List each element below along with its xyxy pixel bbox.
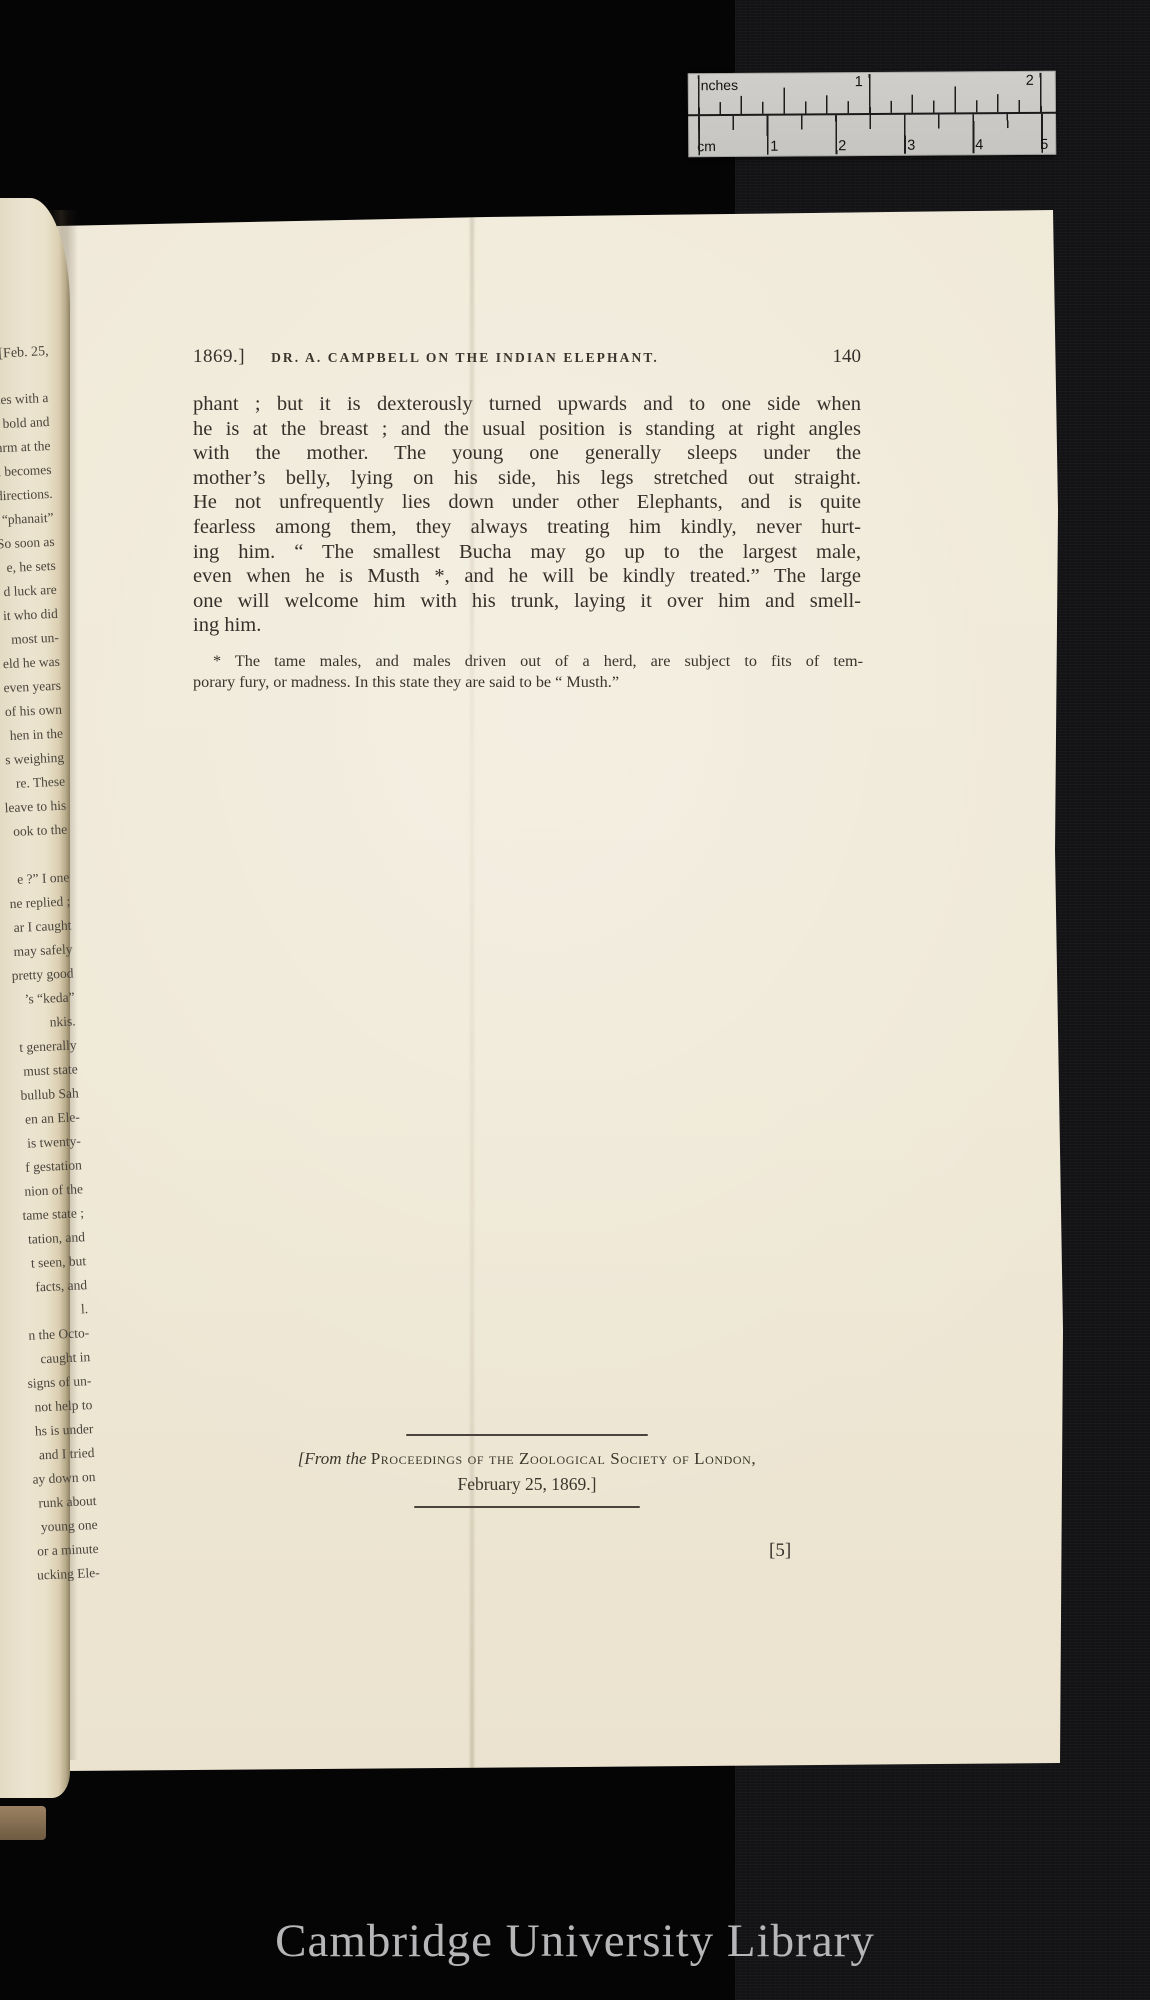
facing-page-fragment: most un-: [11, 630, 60, 656]
facing-page-fragment: nion of the: [35, 1181, 84, 1207]
facing-page-fragment: So soon as: [6, 534, 55, 560]
facing-page-fragment: directions.: [4, 486, 53, 512]
book-scan: [Feb. 25, les with abold andarm at thel …: [0, 0, 1150, 2000]
facing-page-fragment: must state: [29, 1061, 78, 1087]
plate-number: [5]: [769, 1540, 791, 1562]
ruler-inch-number: 1: [855, 74, 863, 90]
facing-page-fragment: ne replied ;: [22, 894, 71, 920]
facing-page-fragment: it who did: [9, 606, 58, 632]
facing-page-fragment: e ?” I one: [21, 870, 70, 896]
facing-page-fragment: re. These: [17, 774, 66, 800]
facing-page-fragment: ucking Ele-: [51, 1565, 100, 1591]
body-text-line: ing him. “ The smallest Bucha may go up …: [193, 540, 861, 565]
ruler-cm-number: 4: [975, 137, 983, 153]
footnote-line: * The tame males, and males driven out o…: [193, 651, 863, 672]
facing-page-fragment: or a minute: [50, 1541, 99, 1567]
facing-page-fragment: runk about: [48, 1493, 97, 1519]
facing-page-fragment: “phanait”: [5, 510, 54, 536]
running-head-year: 1869.]: [193, 346, 245, 368]
facing-page-fragment: t generally: [28, 1037, 77, 1063]
body-text-line: ing him.: [193, 613, 861, 638]
ruler-inches-scale: Inches 1 2: [688, 71, 1056, 115]
running-head: 1869.] DR. A. CAMPBELL ON THE INDIAN ELE…: [193, 346, 861, 368]
body-text-line: even when he is Musth *, and he will be …: [193, 564, 861, 589]
facing-page-edge: [Feb. 25, les with abold andarm at thel …: [0, 198, 70, 1798]
attribution-from: [From the: [298, 1449, 367, 1468]
facing-page-fragment: ar I caught: [23, 917, 72, 943]
measurement-ruler: Inches 1 2 cm 1 2 3 4 5: [688, 71, 1057, 158]
facing-page-fragment: bold and: [1, 414, 50, 440]
body-text-line: mother’s belly, lying on his side, his l…: [193, 466, 861, 491]
facing-page-fragment: signs of un-: [43, 1373, 92, 1399]
facing-page-fragment: hs is under: [45, 1421, 94, 1447]
facing-page-fragment: tation, and: [37, 1229, 86, 1255]
facing-page-fragment: not help to: [44, 1397, 93, 1423]
footnote-line: porary fury, or madness. In this state t…: [193, 672, 863, 693]
book-spine-strip: [0, 1806, 46, 1840]
library-watermark: Cambridge University Library: [0, 1914, 1150, 1968]
facing-page-fragment: n the Octo-: [41, 1325, 90, 1351]
attribution-source-line: [From the Proceedings of the Zoological …: [193, 1449, 861, 1469]
facing-page-fragment: young one: [49, 1517, 98, 1543]
facing-page-fragment: d luck are: [8, 582, 57, 608]
facing-page-fragment: s weighing: [16, 750, 65, 776]
attribution-rule-bottom: [414, 1506, 640, 1508]
facing-page-fragment: e, he sets: [7, 558, 56, 584]
attribution-block: [From the Proceedings of the Zoological …: [193, 1434, 861, 1508]
facing-page-fragment: caught in: [42, 1349, 91, 1375]
facing-page-fragment: t seen, but: [38, 1253, 87, 1279]
body-paragraph: phant ; but it is dexterously turned upw…: [193, 392, 861, 638]
body-text-line: He not unfrequently lies down under othe…: [193, 490, 861, 515]
ruler-cm-ticks: [698, 114, 1054, 155]
facing-page-fragment: is twenty-: [32, 1133, 81, 1159]
facing-page-fragment: l becomes: [3, 462, 52, 488]
facing-page-fragment: of his own: [14, 702, 63, 728]
running-head-title: DR. A. CAMPBELL ON THE INDIAN ELEPHANT.: [271, 350, 832, 366]
facing-page-fragment: arm at the: [2, 438, 51, 464]
attribution-society: Proceedings of the Zoological Society of…: [371, 1449, 757, 1468]
facing-page-fragment: bullub Sah: [30, 1085, 79, 1111]
body-text-line: with the mother. The young one generally…: [193, 441, 861, 466]
facing-page-fragment: l.: [40, 1301, 89, 1327]
ruler-cm-number: 2: [838, 138, 846, 154]
facing-page-fragment: ’s “keda”: [26, 989, 75, 1015]
ruler-cm-number: 3: [907, 138, 915, 154]
ruler-inch-number: 2: [1026, 73, 1034, 89]
facing-page-fragment: hen in the: [15, 726, 64, 752]
facing-page-fragment: ook to the: [19, 822, 68, 848]
document-page: 1869.] DR. A. CAMPBELL ON THE INDIAN ELE…: [57, 210, 1065, 1771]
facing-page-fragment: [20, 846, 69, 872]
attribution-date-line: February 25, 1869.]: [193, 1474, 861, 1495]
facing-page-fragment: eld he was: [12, 654, 61, 680]
facing-page-fragment: en an Ele-: [31, 1109, 80, 1135]
facing-page-fragment: f gestation: [34, 1157, 83, 1183]
facing-page-fragment: pretty good: [25, 965, 74, 991]
ruler-cm-scale: cm 1 2 3 4 5: [688, 112, 1056, 158]
facing-page-fragment: and I tried: [46, 1445, 95, 1471]
body-text-line: one will welcome him with his trunk, lay…: [193, 589, 861, 614]
body-text-line: he is at the breast ; and the usual posi…: [193, 417, 861, 442]
ruler-inch-ticks: [698, 73, 1054, 114]
facing-page-date-header: [Feb. 25,: [0, 344, 49, 363]
attribution-rule-top: [406, 1434, 648, 1436]
footnote: * The tame males, and males driven out o…: [193, 651, 863, 693]
facing-page-fragment: leave to his: [18, 798, 67, 824]
facing-page-fragment: ay down on: [47, 1469, 96, 1495]
body-text-line: fearless among them, they always treatin…: [193, 515, 861, 540]
body-text-line: phant ; but it is dexterously turned upw…: [193, 392, 861, 417]
facing-page-fragment: les with a: [0, 390, 49, 416]
facing-page-fragment: tame state ;: [36, 1205, 85, 1231]
facing-page-fragment: may safely: [24, 941, 73, 967]
facing-page-fragment: nkis.: [27, 1013, 76, 1039]
ruler-cm-number: 1: [770, 139, 778, 155]
facing-page-fragment: even years: [13, 678, 62, 704]
ruler-cm-number: 5: [1040, 137, 1048, 153]
facing-page-fragment: facts, and: [39, 1277, 88, 1303]
running-head-page-number: 140: [833, 346, 862, 368]
